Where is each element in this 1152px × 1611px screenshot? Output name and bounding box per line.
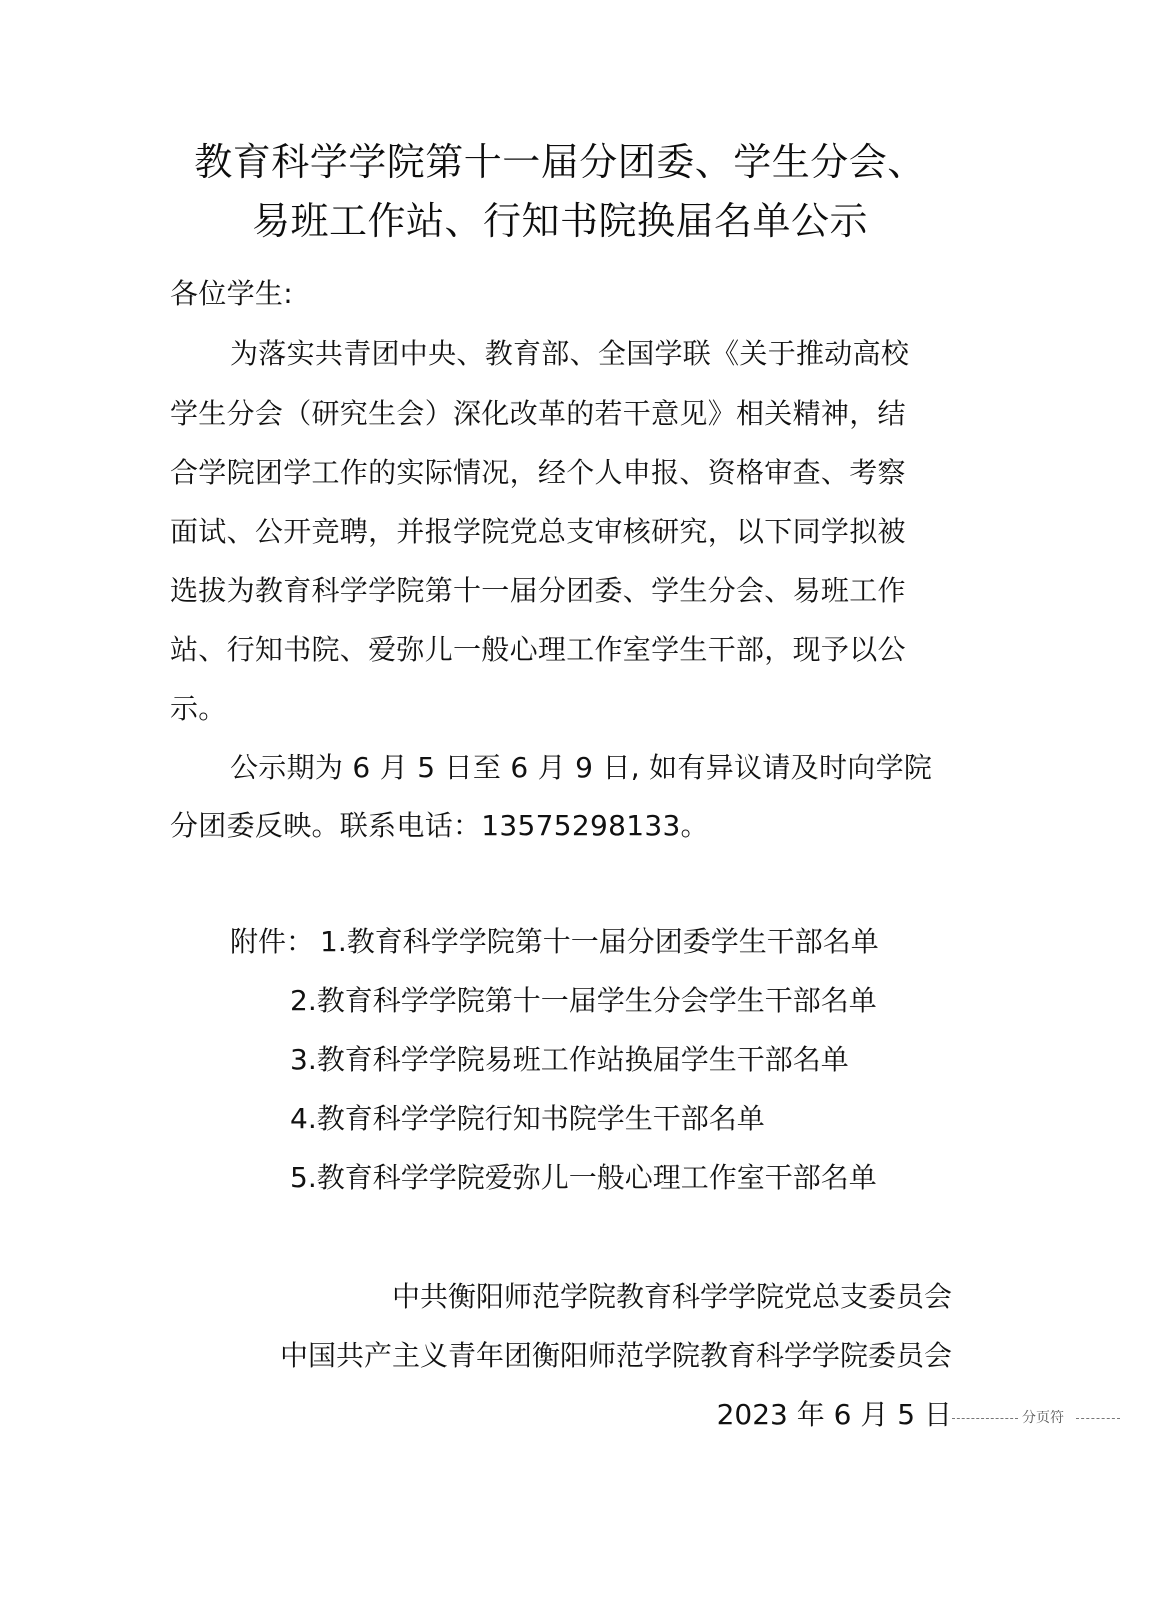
page-break-marker: 分页符 <box>952 1408 1122 1428</box>
signature-date: 2023 年 6 月 5 日 <box>717 1395 952 1435</box>
paragraph-line: 面试、公开竞聘，并报学院党总支审核研究，以下同学拟被 <box>170 512 952 552</box>
attachment-item: 4.教育科学学院行知书院学生干部名单 <box>290 1099 765 1139</box>
paragraph-line: 站、行知书院、爱弥儿一般心理工作室学生干部，现予以公 <box>170 630 952 670</box>
page-break-dashed-line <box>1076 1418 1120 1419</box>
attachment-item: 1.教育科学学院第十一届分团委学生干部名单 <box>320 922 879 962</box>
paragraph-line: 公示期为 6 月 5 日至 6 月 9 日, 如有异议请及时向学院 <box>170 748 952 788</box>
salutation: 各位学生: <box>170 274 952 314</box>
attachment-item: 2.教育科学学院第十一届学生分会学生干部名单 <box>290 981 877 1021</box>
attachment-item: 3.教育科学学院易班工作站换届学生干部名单 <box>290 1040 849 1080</box>
signature-org-2: 中国共产主义青年团衡阳师范学院教育科学学院委员会 <box>280 1336 952 1376</box>
paragraph-line: 示。 <box>170 689 952 729</box>
document-title-line-2: 易班工作站、行知书院换届名单公示 <box>150 192 970 250</box>
paragraph-line: 学生分会（研究生会）深化改革的若干意见》相关精神，结 <box>170 394 952 434</box>
paragraph-line: 合学院团学工作的实际情况，经个人申报、资格审查、考察 <box>170 453 952 493</box>
document-title-line-1: 教育科学学院第十一届分团委、学生分会、 <box>150 133 970 191</box>
paragraph-line: 分团委反映。联系电话：13575298133。 <box>170 806 952 846</box>
page-break-label: 分页符 <box>1022 1409 1064 1427</box>
page-break-dashed-line <box>952 1418 1018 1419</box>
signature-org-1: 中共衡阳师范学院教育科学学院党总支委员会 <box>392 1277 952 1317</box>
attachments-label: 附件： <box>230 922 314 962</box>
attachment-item: 5.教育科学学院爱弥儿一般心理工作室干部名单 <box>290 1158 877 1198</box>
paragraph-line: 选拔为教育科学学院第十一届分团委、学生分会、易班工作 <box>170 571 952 611</box>
document-page: 教育科学学院第十一届分团委、学生分会、 易班工作站、行知书院换届名单公示 各位学… <box>0 0 1152 1611</box>
paragraph-line: 为落实共青团中央、教育部、全国学联《关于推动高校 <box>170 334 952 374</box>
